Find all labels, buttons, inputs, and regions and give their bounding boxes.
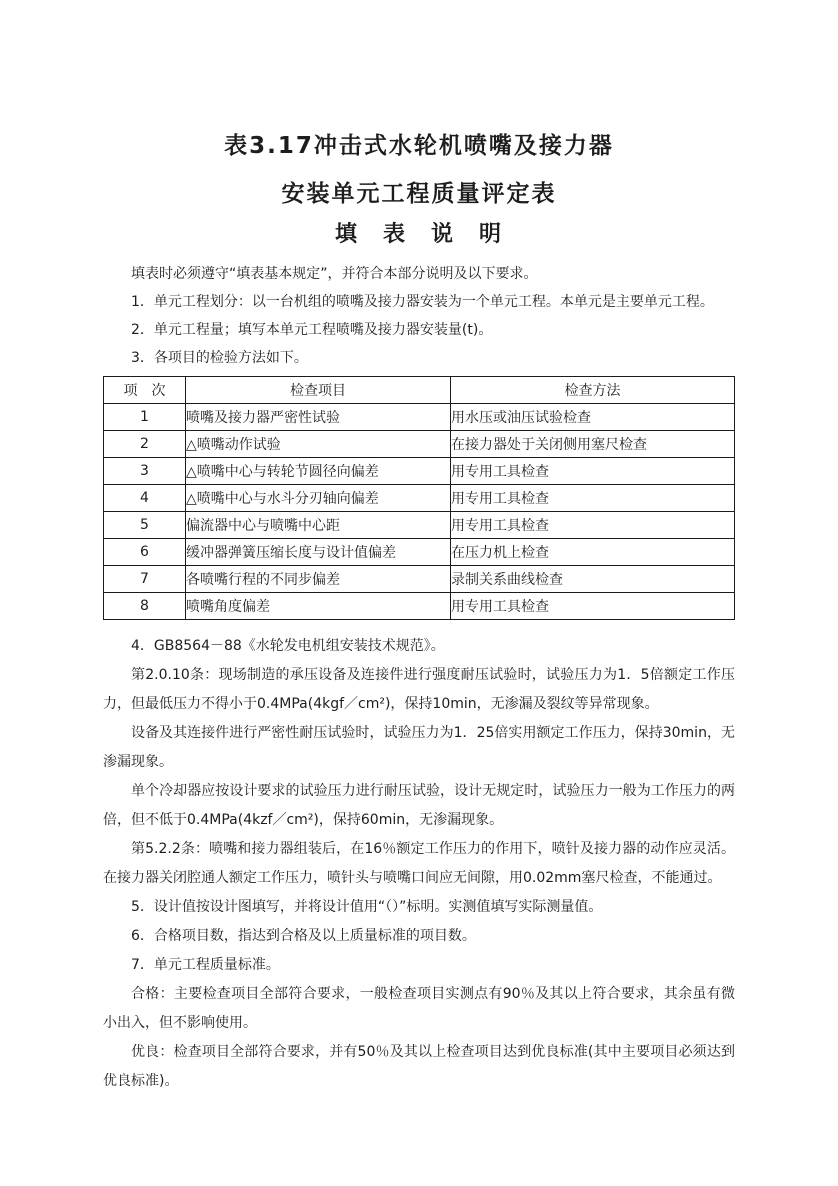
note-paragraph: 单个冷却器应按设计要求的试验压力进行耐压试验，设计无规定时，试验压力一般为工作压… [103, 777, 735, 835]
table-row: 6 缓冲器弹簧压缩长度与设计值偏差 在压力机上检查 [104, 539, 735, 566]
section-title: 填 表 说 明 [103, 222, 735, 248]
row-index: 8 [104, 593, 186, 620]
col-header-method: 检查方法 [451, 377, 735, 404]
intro-item-1: 1．单元工程划分：以一台机组的喷嘴及接力器安装为一个单元工程。本单元是主要单元工… [103, 288, 735, 316]
row-item: 各喷嘴行程的不同步偏差 [186, 566, 451, 593]
row-index: 4 [104, 485, 186, 512]
row-index: 5 [104, 512, 186, 539]
table-row: 2 △喷嘴动作试验 在接力器处于关闭侧用塞尺检查 [104, 431, 735, 458]
inspection-method-table: 项 次 检查项目 检查方法 1 喷嘴及接力器严密性试验 用水压或油压试验检查 2… [103, 376, 735, 620]
note-paragraph: 设备及其连接件进行严密性耐压试验时，试验压力为1．25倍实用额定工作压力，保持3… [103, 719, 735, 777]
row-index: 1 [104, 404, 186, 431]
row-item: 喷嘴角度偏差 [186, 593, 451, 620]
row-method: 用专用工具检查 [451, 458, 735, 485]
note-paragraph: 第2.0.10条：现场制造的承压设备及连接件进行强度耐压试验时，试验压力为1．5… [103, 661, 735, 719]
row-item: △喷嘴中心与转轮节圆径向偏差 [186, 458, 451, 485]
table-row: 1 喷嘴及接力器严密性试验 用水压或油压试验检查 [104, 404, 735, 431]
note-paragraph: 7．单元工程质量标准。 [103, 951, 735, 980]
row-item: 偏流器中心与喷嘴中心距 [186, 512, 451, 539]
row-method: 用专用工具检查 [451, 485, 735, 512]
intro-lead: 填表时必须遵守“填表基本规定”，并符合本部分说明及以下要求。 [103, 260, 735, 288]
note-paragraph: 第5.2.2条：喷嘴和接力器组装后，在16％额定工作压力的作用下，喷针及接力器的… [103, 835, 735, 893]
intro-item-2: 2．单元工程量；填写本单元工程喷嘴及接力器安装量(t)。 [103, 316, 735, 344]
note-paragraph: 优良：检查项目全部符合要求，并有50％及其以上检查项目达到优良标准(其中主要项目… [103, 1038, 735, 1096]
row-method: 在压力机上检查 [451, 539, 735, 566]
col-header-item: 检查项目 [186, 377, 451, 404]
row-index: 3 [104, 458, 186, 485]
row-index: 2 [104, 431, 186, 458]
note-paragraph: 合格：主要检查项目全部符合要求，一般检查项目实测点有90％及其以上符合要求，其余… [103, 980, 735, 1038]
table-row: 4 △喷嘴中心与水斗分刃轴向偏差 用专用工具检查 [104, 485, 735, 512]
table-row: 5 偏流器中心与喷嘴中心距 用专用工具检查 [104, 512, 735, 539]
note-paragraph: 6．合格项目数，指达到合格及以上质量标准的项目数。 [103, 922, 735, 951]
row-method: 用水压或油压试验检查 [451, 404, 735, 431]
row-item: △喷嘴动作试验 [186, 431, 451, 458]
row-item: △喷嘴中心与水斗分刃轴向偏差 [186, 485, 451, 512]
table-row: 3 △喷嘴中心与转轮节圆径向偏差 用专用工具检查 [104, 458, 735, 485]
table-header-row: 项 次 检查项目 检查方法 [104, 377, 735, 404]
table-row: 7 各喷嘴行程的不同步偏差 录制关系曲线检查 [104, 566, 735, 593]
col-header-index: 项 次 [104, 377, 186, 404]
doc-title-line2: 安装单元工程质量评定表 [103, 180, 735, 208]
row-item: 缓冲器弹簧压缩长度与设计值偏差 [186, 539, 451, 566]
row-method: 在接力器处于关闭侧用塞尺检查 [451, 431, 735, 458]
row-method: 用专用工具检查 [451, 512, 735, 539]
note-paragraph: 4．GB8564－88《水轮发电机组安装技术规范》。 [103, 632, 735, 661]
row-method: 用专用工具检查 [451, 593, 735, 620]
row-method: 录制关系曲线检查 [451, 566, 735, 593]
table-row: 8 喷嘴角度偏差 用专用工具检查 [104, 593, 735, 620]
row-index: 6 [104, 539, 186, 566]
row-index: 7 [104, 566, 186, 593]
row-item: 喷嘴及接力器严密性试验 [186, 404, 451, 431]
document-page: 表3.17冲击式水轮机喷嘴及接力器 安装单元工程质量评定表 填 表 说 明 填表… [0, 0, 838, 1186]
note-paragraph: 5．设计值按设计图填写，并将设计值用“（）”标明。实测值填写实际测量值。 [103, 893, 735, 922]
intro-item-3: 3．各项目的检验方法如下。 [103, 344, 735, 372]
doc-title-line1: 表3.17冲击式水轮机喷嘴及接力器 [103, 132, 735, 160]
intro-section: 填表时必须遵守“填表基本规定”，并符合本部分说明及以下要求。 1．单元工程划分：… [103, 260, 735, 372]
notes-section: 4．GB8564－88《水轮发电机组安装技术规范》。 第2.0.10条：现场制造… [103, 632, 735, 1096]
